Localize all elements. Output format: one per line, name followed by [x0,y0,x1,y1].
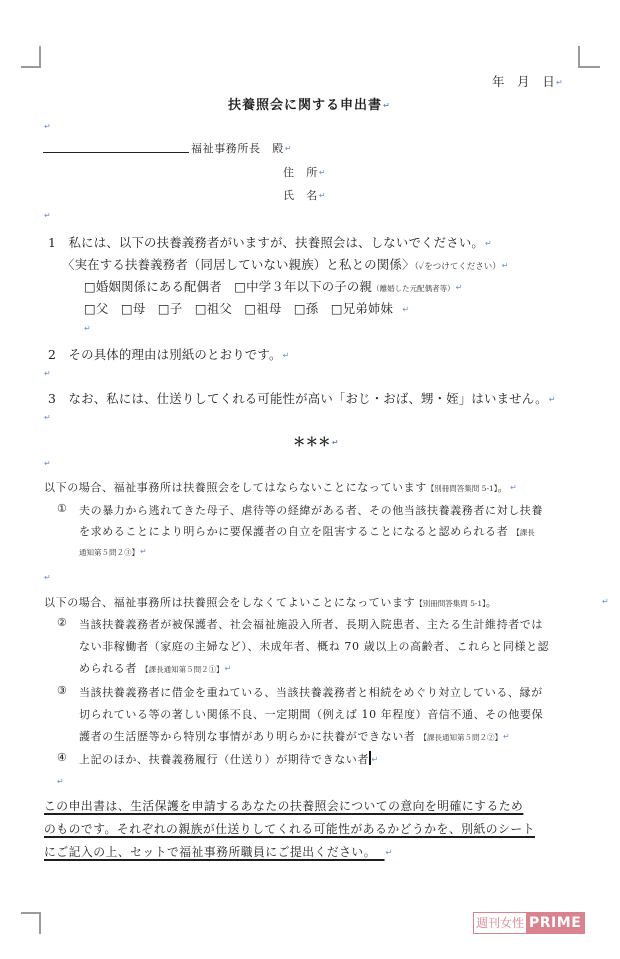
item-2-line-1: 当該扶養義務者が被保護者、社会福祉施設入所者、長期入院患者、主たる生計維持者では [79,616,543,632]
paragraph-mark-icon: ↵ [44,211,51,220]
paragraph-mark-icon: ↵ [549,395,556,404]
paragraph-mark-icon: ↵ [485,239,492,248]
item-marker: ② [57,616,67,629]
section-number: 1 [48,235,56,250]
paragraph-mark-icon: ↵ [372,755,379,764]
paragraph-mark-icon: ↵ [140,547,147,556]
paragraph-mark-icon: ↵ [503,732,510,741]
date-line[interactable]: 年 月 日↵ [492,72,563,90]
section-3: 3 なお、私には、仕送りしてくれる可能性が高い「おじ・おば、甥・姪」はいません。… [48,389,556,407]
item-2-line-2: ない非稼働者（家庭の主婦など）、未成年者、概ね 70 歳以上の高齢者、これらと同… [79,638,549,654]
checkbox-parent-of-child[interactable]: □中学３年以下の子の親（離婚した元配偶者等） [234,279,454,294]
checkbox-grandchild[interactable]: □孫 [294,301,319,316]
watermark-jp: 週刊女性 [474,913,526,933]
paragraph-mark-icon: ↵ [502,261,509,270]
addressee-line: 福祉事務所長 殿↵ [191,140,292,156]
text-cursor [369,751,371,765]
paragraph-mark-icon: ↵ [332,438,339,447]
margin-mark-bottom-left [21,912,41,934]
must-not-intro: 以下の場合、福祉事務所は扶養照会をしてはならないことになっています【別冊問答集問… [44,479,517,495]
item-1-ref: 通知第５問２③】↵ [79,547,147,558]
item-1-line-2: を求めることにより明らかに要保護者の自立を阻害することになると認められる者 【課… [79,523,535,539]
section-2: 2 その具体的理由は別紙のとおりです。↵ [48,345,289,363]
relationship-heading: 〈実在する扶養義務者（同居していない親族）と私との関係〉（✓をつけてください）↵ [62,255,509,273]
checkbox-grandfather[interactable]: □祖父 [195,301,232,316]
paragraph-mark-icon: ↵ [556,78,563,87]
paragraph-mark-icon: ↵ [44,573,51,582]
paragraph-mark-icon: ↵ [602,597,609,606]
paragraph-mark-icon: ↵ [319,191,326,200]
watermark-en: PRIME [526,913,584,933]
checkbox-spouse[interactable]: □婚姻関係にある配偶者 [84,279,222,294]
item-3-line-1: 当該扶養義務者に借金を重ねている、当該扶養義務者と相続をめぐり対立している、縁が [79,684,543,700]
addressee-blank-line[interactable] [43,152,189,153]
checkbox-father[interactable]: □父 [84,301,109,316]
paragraph-mark-icon: ↵ [225,664,232,673]
paragraph-mark-icon: ↵ [285,144,292,153]
checkbox-siblings[interactable]: □兄弟姉妹 [331,301,393,316]
item-2-line-3: められる者 【課長通知第５問２①】↵ [79,660,232,676]
paragraph-mark-icon: ↵ [44,413,51,422]
paragraph-mark-icon: ↵ [383,101,391,110]
closing-line-1: この申出書は、生活保護を申請するあなたの扶養照会についての意向を明確にするため [44,797,523,814]
checkbox-row-2: □父 □母 □子 □祖父 □祖母 □孫 □兄弟姉妹 ↵ [84,299,409,317]
item-marker: ③ [57,684,67,697]
checkbox-row-1: □婚姻関係にある配偶者 □中学３年以下の子の親（離婚した元配偶者等）↵ [84,277,462,295]
item-marker: ④ [57,751,67,764]
checkbox-child[interactable]: □子 [158,301,183,316]
margin-mark-top-left [21,46,41,68]
address-label[interactable]: 住 所↵ [283,164,326,180]
paragraph-mark-icon: ↵ [57,777,64,786]
paragraph-mark-icon: ↵ [44,122,51,131]
item-4-line-1[interactable]: 上記のほか、扶養義務履行（仕送り）が期待できない者↵ [79,751,379,767]
item-1-line-1: 夫の暴力から逃れてきた母子、虐待等の経緯がある者、その他当該扶養義務者に対し扶養 [79,502,543,518]
paragraph-mark-icon: ↵ [319,168,326,177]
separator-asterisks: ＊＊＊↵ [293,432,339,450]
page-title: 扶養照会に関する申出書↵ [228,94,391,113]
checkbox-grandmother[interactable]: □祖母 [244,301,281,316]
item-3-line-2: 切られている等の著しい関係不良、一定期間（例えば 10 年程度）音信不通、その他… [79,706,543,722]
closing-line-2: のものです。それぞれの親族が仕送りしてくれる可能性があるかどうかを、別紙のシート [44,820,535,837]
paragraph-mark-icon: ↵ [44,369,51,378]
paragraph-mark-icon: ↵ [84,324,91,333]
paragraph-mark-icon: ↵ [386,848,393,857]
name-label[interactable]: 氏 名↵ [283,187,326,203]
item-3-line-3: 護者の生活歴等から特別な事情があり明らかに扶養ができない者 【課長通知第５問２②… [79,728,510,744]
paragraph-mark-icon: ↵ [510,483,517,492]
paragraph-mark-icon: ↵ [44,459,51,468]
paragraph-mark-icon: ↵ [456,283,463,292]
may-skip-intro: 以下の場合、福祉事務所は扶養照会をしなくてよいことになっています【別冊問答集問 … [44,594,498,610]
paragraph-mark-icon: ↵ [283,351,290,360]
item-marker: ① [57,502,67,515]
closing-line-3: にご記入の上、セットで福祉事務所職員にご提出ください。 ↵ [44,843,393,860]
paragraph-mark-icon: ↵ [402,305,409,314]
section-number: 2 [48,347,56,362]
checkbox-mother[interactable]: □母 [121,301,146,316]
watermark-logo: 週刊女性 PRIME [473,912,585,934]
margin-mark-top-right [578,46,600,68]
section-number: 3 [48,391,56,406]
section-1: 1 私には、以下の扶養義務者がいますが、扶養照会は、しないでください。↵ [48,233,492,251]
